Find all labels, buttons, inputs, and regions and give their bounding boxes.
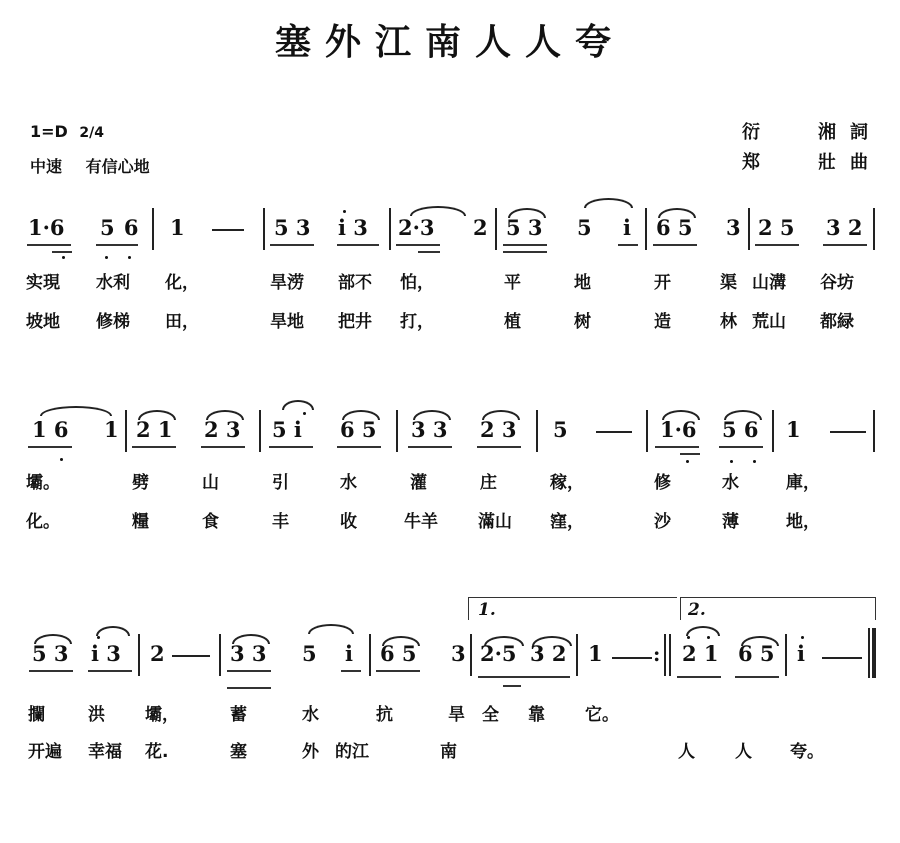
- lyric: 人: [735, 742, 752, 762]
- volta-second-label: 2.: [688, 600, 706, 620]
- composer-role: 曲: [850, 148, 868, 174]
- barline: [470, 634, 472, 676]
- low-octave-dot: [686, 460, 689, 463]
- underline: [269, 446, 313, 448]
- lyric: 牛羊: [404, 512, 438, 532]
- lyric: 洪: [88, 705, 105, 725]
- lyric: 开: [654, 273, 671, 293]
- lyric: 旱地: [270, 312, 304, 332]
- lyric: 夸。: [790, 742, 824, 762]
- lyric: 薄: [722, 512, 739, 532]
- lyric: 山溝: [752, 273, 786, 293]
- slur: [96, 626, 130, 636]
- note-group: 3 3: [411, 418, 448, 442]
- underline: [52, 251, 72, 253]
- lyric: 丰: [272, 512, 289, 532]
- underline: [270, 244, 314, 246]
- low-octave-dot: [62, 256, 65, 259]
- repeat-sign-dots: :: [653, 642, 660, 666]
- note-group: 2 3: [480, 418, 517, 442]
- barline: [152, 208, 154, 250]
- high-octave-dot: [707, 636, 710, 639]
- lyric: 灌: [410, 473, 427, 493]
- lyric: 糧: [132, 512, 149, 532]
- underline: [396, 244, 440, 246]
- high-octave-dot: [303, 412, 306, 415]
- key-label: 1=D: [30, 122, 68, 141]
- barline: [576, 634, 578, 676]
- lyric: 荒山: [752, 312, 786, 332]
- lyric: 化，: [165, 273, 199, 293]
- slur: [282, 400, 314, 410]
- note: 1: [170, 216, 185, 240]
- low-octave-dot: [730, 460, 733, 463]
- lyric: 壩，: [145, 705, 179, 725]
- high-octave-dot: [343, 210, 346, 213]
- barline: [495, 208, 497, 250]
- final-barline-thin: [868, 628, 870, 678]
- slur: [584, 198, 633, 208]
- underline: [376, 670, 420, 672]
- lyric: 水利: [96, 273, 130, 293]
- low-octave-dot: [753, 460, 756, 463]
- lyric: 林: [720, 312, 737, 332]
- barline: [219, 634, 221, 676]
- barline: [125, 410, 127, 452]
- lyric: 实現: [26, 273, 60, 293]
- barline: [873, 208, 875, 250]
- note-group: 6 5: [738, 642, 775, 666]
- lyric: 塞: [230, 742, 247, 762]
- note-group: 3 3: [230, 642, 267, 666]
- underline: [755, 244, 799, 246]
- lyric: 化。: [26, 512, 60, 532]
- lyricist-name-2: 湘: [818, 118, 836, 144]
- barline: [772, 410, 774, 452]
- note-group: i 3: [91, 642, 121, 666]
- lyric: 田，: [165, 312, 199, 332]
- note-group: 1 6: [32, 418, 69, 442]
- lyric: 山: [202, 473, 219, 493]
- lyric: 水: [302, 705, 319, 725]
- time-signature: 2/4: [79, 125, 104, 141]
- lyric: 把井: [338, 312, 372, 332]
- barline: [389, 208, 391, 250]
- repeat-barline: [669, 634, 671, 676]
- note: 3: [451, 642, 466, 666]
- note: 1: [104, 418, 119, 442]
- note-group: 5 3: [506, 216, 543, 240]
- underline: [735, 676, 779, 678]
- underline: [503, 685, 521, 687]
- lyric: 壩。: [26, 473, 60, 493]
- lyric: 打，: [400, 312, 434, 332]
- note: 2: [473, 216, 488, 240]
- composer-name-2: 壯: [818, 148, 836, 174]
- note: 1: [588, 642, 603, 666]
- underline: [88, 670, 132, 672]
- barline: [396, 410, 398, 452]
- final-barline-thick: [872, 628, 876, 678]
- underline: [719, 446, 763, 448]
- lyric: 全: [482, 705, 499, 725]
- note: 1: [786, 418, 801, 442]
- extension-dash: [822, 657, 862, 659]
- underline: [201, 446, 245, 448]
- lyric: 地: [574, 273, 591, 293]
- underline: [823, 244, 867, 246]
- note-group: 5 3: [32, 642, 69, 666]
- slur: [686, 626, 720, 636]
- note-group: 2·3: [398, 216, 435, 240]
- underline: [28, 446, 72, 448]
- high-octave-dot: [687, 636, 690, 639]
- note-group: 5 6: [100, 216, 139, 240]
- note: 5: [577, 216, 592, 240]
- note: 5: [553, 418, 568, 442]
- note-group: 3 2: [530, 642, 567, 666]
- repeat-barline: [664, 634, 666, 676]
- underline: [27, 244, 71, 246]
- note-group: 2 3: [204, 418, 241, 442]
- lyric: 劈: [132, 473, 149, 493]
- barline: [785, 634, 787, 676]
- extension-dash: [612, 657, 652, 659]
- tempo-label: 中速: [30, 157, 62, 176]
- underline: [96, 244, 138, 246]
- underline: [618, 244, 638, 246]
- lyric: 地，: [786, 512, 820, 532]
- underline: [337, 244, 379, 246]
- lyric: 外: [302, 742, 319, 762]
- note-group: 3 2: [826, 216, 863, 240]
- lyric: 平: [504, 273, 521, 293]
- low-octave-dot: [60, 458, 63, 461]
- slur: [40, 406, 112, 416]
- slur: [308, 624, 354, 634]
- lyric: 旱: [448, 705, 465, 725]
- note: i: [345, 642, 353, 666]
- note-group: 2 1: [136, 418, 173, 442]
- lyric: 坡地: [26, 312, 60, 332]
- lyric: 攔: [28, 705, 45, 725]
- lyric: 部不: [338, 273, 372, 293]
- high-octave-dot: [801, 636, 804, 639]
- lyric: 怕，: [400, 273, 434, 293]
- lyric: 沙: [654, 512, 671, 532]
- underline: [132, 446, 176, 448]
- extension-dash: [212, 229, 244, 231]
- barline: [646, 410, 648, 452]
- lyric: 造: [654, 312, 671, 332]
- lyric: 窪，: [550, 512, 584, 532]
- note-group: 2 1: [682, 642, 719, 666]
- volta-first: [468, 597, 677, 620]
- extension-dash: [596, 431, 632, 433]
- lyric: 它。: [585, 705, 619, 725]
- lyric: 庫，: [786, 473, 820, 493]
- lyric: 修梯: [96, 312, 130, 332]
- barline: [873, 410, 875, 452]
- barline: [138, 634, 140, 676]
- key-signature: 1=D 2/4: [30, 122, 104, 141]
- barline: [645, 208, 647, 250]
- tempo-marking: 中速 有信心地: [30, 154, 150, 177]
- lyricist-role: 詞: [850, 118, 868, 144]
- note-group: 1·6: [660, 418, 697, 442]
- underline: [408, 446, 452, 448]
- low-octave-dot: [128, 256, 131, 259]
- note-group: i 3: [338, 216, 368, 240]
- barline: [263, 208, 265, 250]
- note: 3: [726, 216, 741, 240]
- lyric: 水: [340, 473, 357, 493]
- lyric: 的江: [335, 742, 369, 762]
- lyric: 花.: [145, 742, 168, 762]
- barline: [369, 634, 371, 676]
- low-octave-dot: [105, 256, 108, 259]
- lyric: 旱涝: [270, 273, 304, 293]
- volta-first-label: 1.: [478, 600, 496, 620]
- note-group: 2 5: [758, 216, 795, 240]
- underline: [341, 670, 361, 672]
- note: i: [623, 216, 631, 240]
- underline: [503, 251, 547, 253]
- note-group: 6 5: [656, 216, 693, 240]
- note: 5: [302, 642, 317, 666]
- lyric: 引: [272, 473, 289, 493]
- underline: [227, 670, 271, 672]
- underline: [653, 244, 697, 246]
- underline: [655, 446, 699, 448]
- underline: [29, 670, 73, 672]
- lyric: 靠: [528, 705, 545, 725]
- underline: [677, 676, 721, 678]
- lyric: 树: [574, 312, 591, 332]
- note-group: 5 6: [722, 418, 759, 442]
- lyric: 蓄: [230, 705, 247, 725]
- barline: [259, 410, 261, 452]
- barline: [536, 410, 538, 452]
- underline: [680, 453, 700, 455]
- extension-dash: [830, 431, 866, 433]
- lyric: 食: [202, 512, 219, 532]
- song-title: 塞外江南人人夸: [0, 14, 900, 65]
- lyric: 庄: [480, 473, 497, 493]
- lyricist-name-1: 衍: [742, 118, 760, 144]
- lyric: 人: [678, 742, 695, 762]
- note-group: 5 i: [272, 418, 302, 442]
- lyric: 南: [440, 742, 457, 762]
- underline: [418, 251, 440, 253]
- underline: [227, 687, 271, 689]
- underline: [503, 244, 547, 246]
- note-group: 6 5: [380, 642, 417, 666]
- note-group: 2·5: [480, 642, 517, 666]
- lyric: 收: [340, 512, 357, 532]
- underline: [477, 446, 521, 448]
- high-octave-dot: [97, 636, 100, 639]
- lyric: 都緑: [820, 312, 854, 332]
- extension-dash: [172, 655, 210, 657]
- lyric: 渠: [720, 273, 737, 293]
- note-group: 5 3: [274, 216, 311, 240]
- barline: [748, 208, 750, 250]
- composer-name-1: 郑: [742, 148, 760, 174]
- expression-label: 有信心地: [86, 157, 150, 176]
- note: i: [797, 642, 805, 666]
- lyric: 稼，: [550, 473, 584, 493]
- lyric: 幸福: [88, 742, 122, 762]
- lyric: 植: [504, 312, 521, 332]
- note-group: 6 5: [340, 418, 377, 442]
- volta-second: [680, 597, 876, 620]
- lyric: 谷坊: [820, 273, 854, 293]
- underline: [337, 446, 381, 448]
- lyric: 抗: [376, 705, 393, 725]
- note: 2: [150, 642, 165, 666]
- lyric: 修: [654, 473, 671, 493]
- lyric: 水: [722, 473, 739, 493]
- lyric: 开遍: [28, 742, 62, 762]
- lyric: 滿山: [478, 512, 512, 532]
- underline: [478, 676, 570, 678]
- note-group: 1·6: [28, 216, 65, 240]
